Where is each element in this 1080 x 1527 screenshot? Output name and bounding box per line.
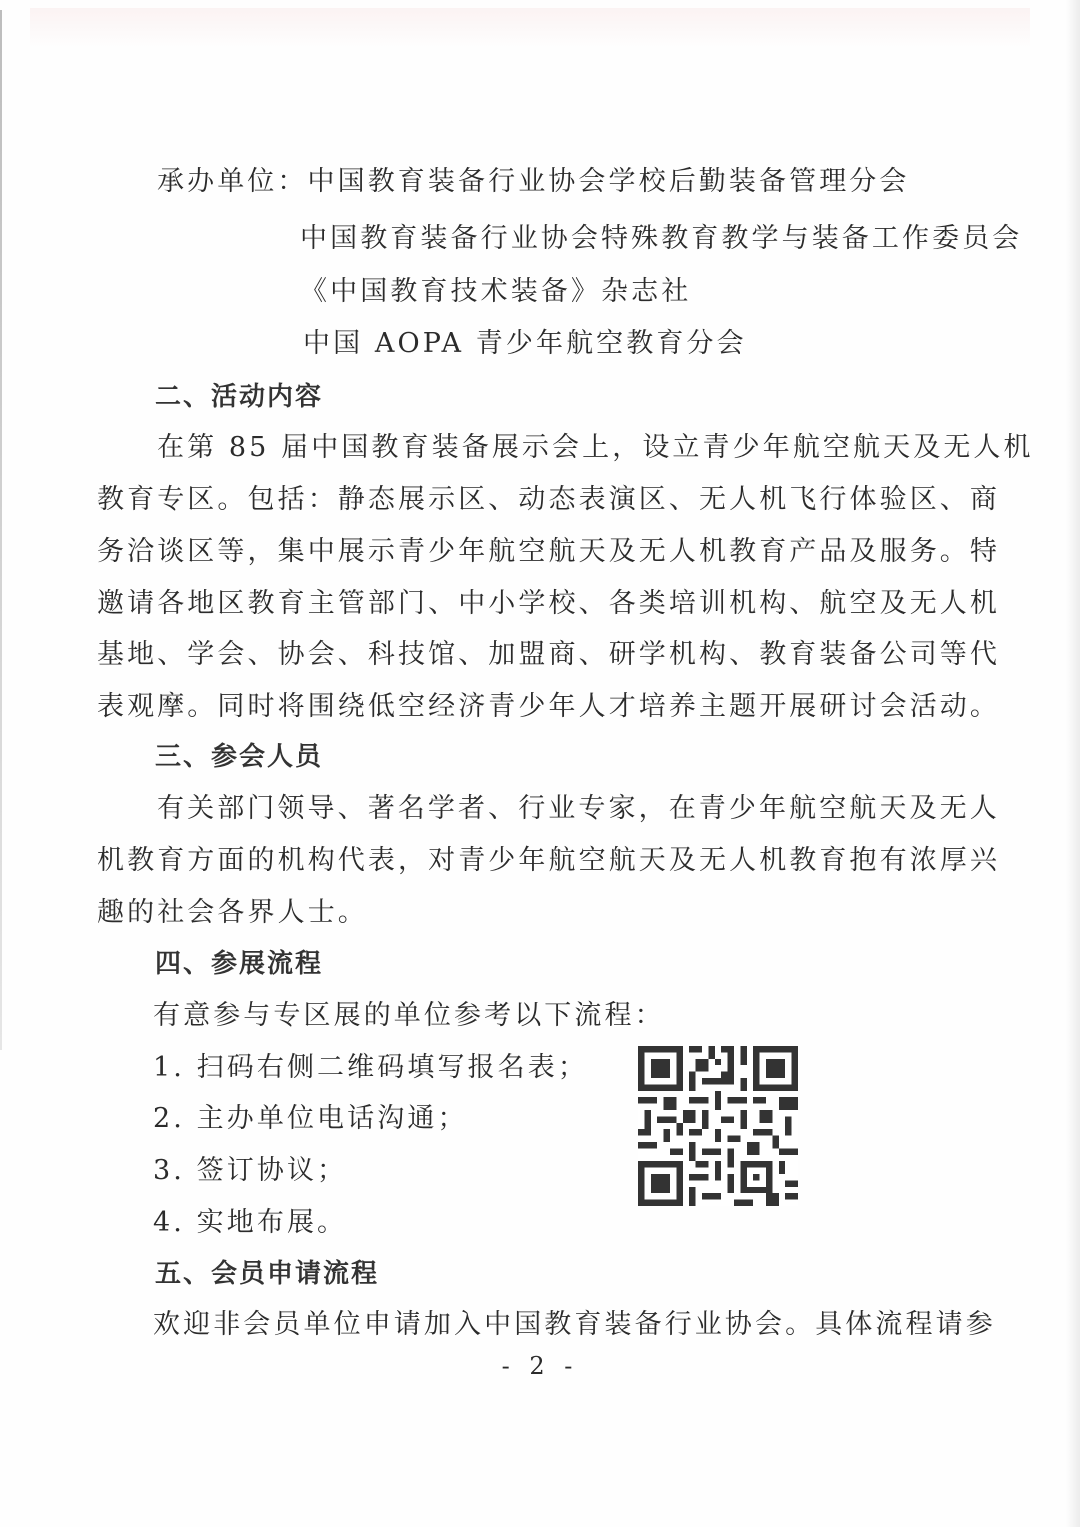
document-page: 承办单位：中国教育装备行业协会学校后勤装备管理分会 中国教育装备行业协会特殊教育…	[0, 0, 1080, 1527]
paragraph-line: 邀请各地区教育主管部门、中小学校、各类培训机构、航空及无人机	[97, 586, 984, 622]
paragraph-line: 在第 85 届中国教育装备展示会上，设立青少年航空航天及无人机	[157, 430, 984, 466]
organizer-item: 中国 AOPA 青少年航空教育分会	[303, 326, 747, 362]
organizers-label: 承办单位：	[157, 166, 308, 197]
paragraph-line: 表观摩。同时将围绕低空经济青少年人才培养主题开展研讨会活动。	[97, 689, 984, 725]
paragraph-line: 教育专区。包括：静态展示区、动态表演区、无人机飞行体验区、商	[97, 482, 984, 518]
process-step: 1. 扫码右侧二维码填写报名表；	[153, 1050, 588, 1086]
paragraph-line: 有关部门领导、著名学者、行业专家，在青少年航空航天及无人	[157, 791, 984, 827]
scan-edge-right	[1066, 0, 1080, 1527]
paragraph-line: 欢迎非会员单位申请加入中国教育装备行业协会。具体流程请参	[153, 1307, 996, 1343]
organizers-line-1: 承办单位：中国教育装备行业协会学校后勤装备管理分会	[157, 164, 910, 200]
process-step: 4. 实地布展。	[153, 1205, 347, 1241]
process-step: 3. 签订协议；	[153, 1153, 347, 1189]
organizer-item: 《中国教育技术装备》杂志社	[300, 274, 691, 310]
process-step: 2. 主办单位电话沟通；	[153, 1101, 468, 1137]
scan-edge-left	[0, 10, 2, 1050]
scan-tint	[30, 8, 1030, 48]
process-intro: 有意参与专区展的单位参考以下流程：	[153, 998, 665, 1034]
qr-code-icon[interactable]	[638, 1046, 798, 1206]
section-heading-participants: 三、参会人员	[155, 739, 323, 775]
section-heading-membership: 五、会员申请流程	[155, 1256, 379, 1292]
section-heading-exhibit-process: 四、参展流程	[155, 946, 323, 982]
section-heading-activity: 二、活动内容	[155, 379, 323, 415]
organizer-item: 中国教育装备行业协会特殊教育教学与装备工作委员会	[300, 221, 1022, 257]
paragraph-line: 基地、学会、协会、科技馆、加盟商、研学机构、教育装备公司等代	[97, 637, 984, 673]
organizer-item: 中国教育装备行业协会学校后勤装备管理分会	[308, 166, 910, 197]
page-number: - 2 -	[0, 1352, 1080, 1380]
paragraph-line: 务洽谈区等，集中展示青少年航空航天及无人机教育产品及服务。特	[97, 534, 984, 570]
paragraph-line: 机教育方面的机构代表，对青少年航空航天及无人机教育抱有浓厚兴	[97, 843, 984, 879]
paragraph-line: 趣的社会各界人士。	[97, 895, 368, 931]
